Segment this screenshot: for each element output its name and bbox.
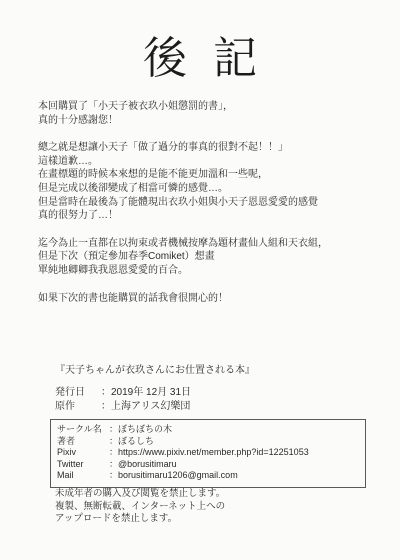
- twitter-label: Twitter: [57, 459, 109, 471]
- book-title: 『天子ちゃんが衣玖さんにお仕置される本』: [55, 361, 255, 376]
- afterword-body: 本回購買了「小天子被衣玖小姐懲罰的書」， 真的十分感謝您！ 總之就是想讓小天子「…: [38, 100, 378, 319]
- original-work-value: ：上海アリス幻樂団: [101, 401, 190, 412]
- publication-date-label: 発行日: [55, 386, 101, 400]
- publication-date-value: ：2019年 12月 31日: [101, 387, 191, 398]
- author-row: 著者：ぼるしち: [57, 436, 359, 448]
- mail-address: ：borusitimaru1206@gmail.com: [109, 470, 238, 480]
- body-line: 單純地卿卿我我恩恩愛愛的百合。: [38, 264, 378, 278]
- body-line: 但是下次（預定參加春季Comiket）想畫: [38, 250, 378, 264]
- disclaimer: 未成年者の購入及び閲覧を禁止します。 複製、無断転載、インターネット上への アッ…: [55, 488, 225, 526]
- pixiv-row: Pixiv：https://www.pixiv.net/member.php?i…: [57, 447, 359, 459]
- original-work-row: 原作：上海アリス幻樂団: [55, 400, 191, 414]
- body-line: 如果下次的書也能購買的話我會很開心的！: [38, 292, 378, 306]
- circle-info-box: サークル名：ぼちぼちの木 著者：ぼるしち Pixiv：https://www.p…: [50, 419, 366, 488]
- pixiv-label: Pixiv: [57, 447, 109, 459]
- circle-name-row: サークル名：ぼちぼちの木: [57, 424, 359, 436]
- paragraph: 迄今為止一直都在以拘束或者機械按摩為題材畫仙人組和天衣組， 但是下次（預定參加春…: [38, 237, 378, 278]
- page-title: 後記: [0, 22, 400, 86]
- circle-name-label: サークル名: [57, 424, 109, 436]
- circle-name-value: ：ぼちぼちの木: [109, 424, 172, 434]
- body-line: 但是當時在最後為了能體現出衣玖小姐與小天子恩恩愛愛的感覺: [38, 196, 378, 210]
- body-line: 迄今為止一直都在以拘束或者機械按摩為題材畫仙人組和天衣組，: [38, 237, 378, 251]
- original-work-label: 原作: [55, 400, 101, 414]
- body-line: 真的很努力了…！: [38, 209, 378, 223]
- twitter-handle: ：@borusitimaru: [109, 459, 177, 469]
- body-line: 在畫標題的時候本來想的是能不能更加溫和一些呢，: [38, 168, 378, 182]
- publication-date-row: 発行日：2019年 12月 31日: [55, 386, 191, 400]
- mail-label: Mail: [57, 470, 109, 482]
- body-line: 本回購買了「小天子被衣玖小姐懲罰的書」，: [38, 100, 378, 114]
- mail-row: Mail：borusitimaru1206@gmail.com: [57, 470, 359, 482]
- author-value: ：ぼるしち: [109, 436, 154, 446]
- paragraph: 總之就是想讓小天子「做了過分的事真的很對不起！！」 這樣道歉…。 在畫標題的時候…: [38, 141, 378, 223]
- body-line: 真的十分感謝您！: [38, 114, 378, 128]
- author-label: 著者: [57, 436, 109, 448]
- disclaimer-line: 複製、無断転載、インターネット上への: [55, 501, 225, 514]
- disclaimer-line: 未成年者の購入及び閲覧を禁止します。: [55, 488, 225, 501]
- twitter-row: Twitter：@borusitimaru: [57, 459, 359, 471]
- afterword-page: 後記 本回購買了「小天子被衣玖小姐懲罰的書」， 真的十分感謝您！ 總之就是想讓小…: [0, 0, 400, 560]
- body-line: 這樣道歉…。: [38, 155, 378, 169]
- disclaimer-line: アップロードを禁止します。: [55, 513, 225, 526]
- paragraph: 如果下次的書也能購買的話我會很開心的！: [38, 292, 378, 306]
- publication-info: 発行日：2019年 12月 31日 原作：上海アリス幻樂団: [55, 386, 191, 414]
- pixiv-url: ：https://www.pixiv.net/member.php?id=122…: [109, 447, 309, 457]
- body-line: 總之就是想讓小天子「做了過分的事真的很對不起！！」: [38, 141, 378, 155]
- body-line: 但是完成以後卻變成了相當可憐的感覺…。: [38, 182, 378, 196]
- paragraph: 本回購買了「小天子被衣玖小姐懲罰的書」， 真的十分感謝您！: [38, 100, 378, 127]
